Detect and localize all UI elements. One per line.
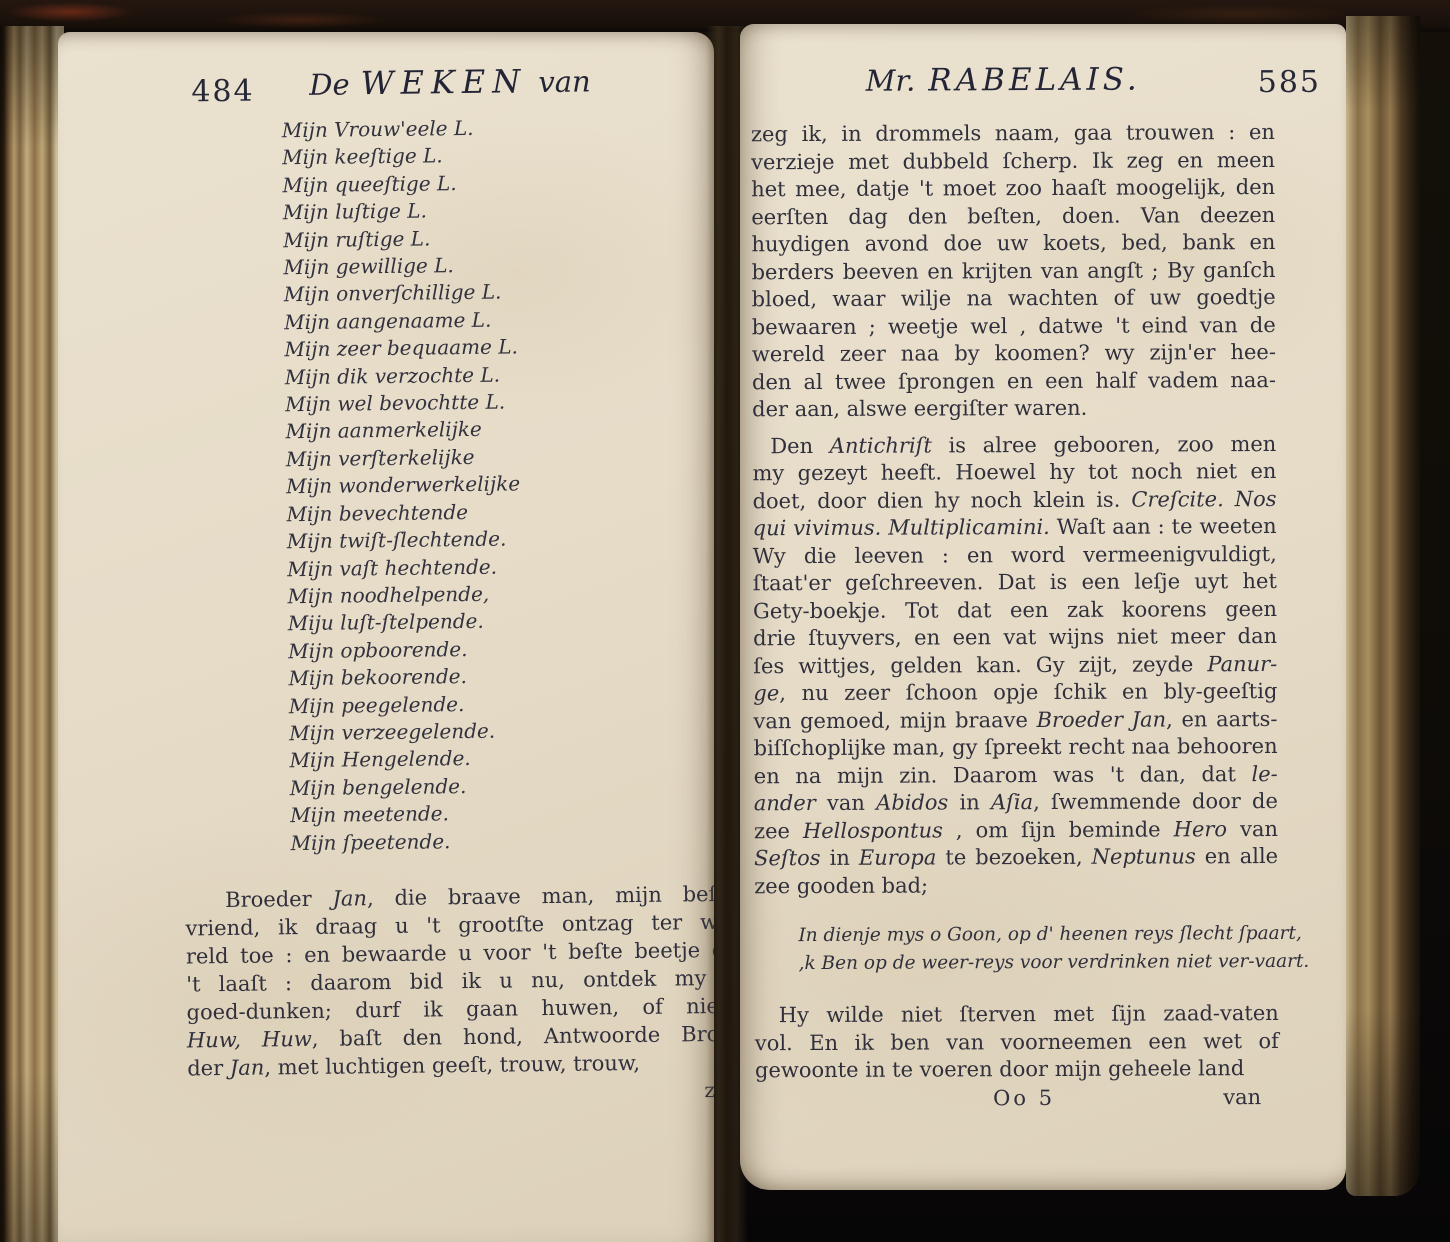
- paragraph-1: zeg ik, in drommels naam, gaa trouwen : …: [751, 119, 1276, 424]
- text-line: doet, door dien hy noch klein is. Creſci…: [752, 485, 1276, 515]
- text-line: verzieje met dubbeld ſcherp. Ik zeg en m…: [751, 146, 1275, 176]
- right-page-number: 585: [1258, 65, 1321, 100]
- running-title-word: Mr.: [866, 64, 916, 98]
- right-page: Mr. RABELAIS. 585 zeg ik, in drommels na…: [740, 24, 1346, 1190]
- left-paragraph: Broeder Jan, die braave man, mijn beſtev…: [185, 880, 714, 1083]
- text-line: drie ſtuyvers, en een vat wijns niet mee…: [753, 623, 1277, 653]
- book-photo: 484 De WEKEN van Mijn Vrouw'eele L.Mijn …: [0, 0, 1450, 1242]
- text-line: ,k Ben op de weer-reys voor verdrinken n…: [798, 948, 1268, 978]
- running-title-word: van: [538, 64, 591, 99]
- text-line: eerſten dag den beſten, doen. Van deezen: [751, 201, 1275, 231]
- running-title-word: WEKEN: [361, 62, 528, 102]
- right-running-title: Mr. RABELAIS.: [866, 62, 1141, 99]
- text-line: my gezeyt heeft. Hoewel hy tot noch niet…: [752, 458, 1276, 488]
- running-title-word: De: [309, 67, 350, 101]
- text-line: gewoonte in te voeren door mijn geheele …: [755, 1055, 1279, 1085]
- text-line: Seſtos in Europa te bezoeken, Neptunus e…: [754, 843, 1278, 873]
- mijn-epithets-list: Mijn Vrouw'eele L.Mijn keeſtige L.Mijn q…: [282, 112, 711, 857]
- paragraph-3: Hy wilde niet ſterven met ſijn zaad-vate…: [755, 1000, 1279, 1085]
- text-line: ſes wittjes, gelden kan. Gy zijt, zeyde …: [753, 650, 1277, 680]
- paragraph-2: Den Antichriſt is alree gebooren, zoo me…: [752, 430, 1278, 900]
- text-line: ſtaat'er geſchreeven. Dat is een leſje u…: [753, 568, 1277, 598]
- left-page-stack-edges: [0, 26, 64, 1242]
- text-line: der aan, alswe eergiſter waren.: [752, 394, 1276, 424]
- left-page: 484 De WEKEN van Mijn Vrouw'eele L.Mijn …: [58, 32, 714, 1242]
- text-line: vol. En ik ben van voorneemen een wet of: [755, 1027, 1279, 1057]
- text-line: bewaaren ; weetje wel , datwe 't eind va…: [752, 311, 1276, 341]
- text-line: zeg ik, in drommels naam, gaa trouwen : …: [751, 119, 1275, 149]
- text-line: Gety-boekje. Tot dat een zak koorens gee…: [753, 595, 1277, 625]
- left-running-title: De WEKEN van: [309, 61, 591, 102]
- text-line: ge, nu zeer ſchoon opje ſchik en bly-gee…: [753, 678, 1277, 708]
- right-page-text: zeg ik, in drommels naam, gaa trouwen : …: [751, 119, 1279, 1116]
- text-line: ander van Abidos in Aſia, ſwemmende door…: [754, 788, 1278, 818]
- text-line: Hy wilde niet ſterven met ſijn zaad-vate…: [755, 1000, 1279, 1030]
- text-line: biſſchoplijke man, gy ſpreekt recht naa …: [754, 733, 1278, 763]
- signature-row: Oo 5 van: [755, 1083, 1279, 1115]
- text-line: en na mijn zin. Daarom was 't dan, dat l…: [754, 760, 1278, 790]
- text-line: qui vivimus. Multiplicamini. Waſt aan : …: [753, 513, 1277, 543]
- catchword: zeg: [187, 1076, 714, 1111]
- text-line: bloed, waar wilje na wachten of uw goedt…: [752, 284, 1276, 314]
- running-title-word: RABELAIS.: [928, 62, 1140, 99]
- text-line: Den Antichriſt is alree gebooren, zoo me…: [752, 430, 1276, 460]
- text-line: Mijn ſpeetende.: [290, 825, 710, 858]
- text-line: wereld zeer naa by koomen? wy zijn'er he…: [752, 339, 1276, 369]
- gathering-signature: Oo 5: [993, 1084, 1055, 1112]
- catchword: van: [1223, 1084, 1261, 1112]
- text-line: van gemoed, mijn braave Broeder Jan, en …: [753, 705, 1277, 735]
- right-page-stack-edges: [1346, 16, 1420, 1196]
- left-catchword-row: zeg: [187, 1076, 714, 1111]
- verse-couplet: In dienje mys o Goon, op d' heenen reys …: [798, 920, 1268, 977]
- text-line: het mee, datje 't moet zoo haaſt moogeli…: [751, 174, 1275, 204]
- text-line: Wy die leeven : en word vermeenigvuldigt…: [753, 540, 1277, 570]
- text-line: den al twee ſprongen en een half vadem n…: [752, 366, 1276, 396]
- text-line: huydigen avond doe uw koets, bed, bank e…: [751, 229, 1275, 259]
- text-line: zee gooden bad;: [754, 870, 1278, 900]
- text-line: berders beeven en krijten van angſt ; By…: [751, 256, 1275, 286]
- left-page-number: 484: [191, 74, 255, 110]
- text-line: zee Hellospontus , om ſijn beminde Hero …: [754, 815, 1278, 845]
- text-line: In dienje mys o Goon, op d' heenen reys …: [798, 920, 1268, 950]
